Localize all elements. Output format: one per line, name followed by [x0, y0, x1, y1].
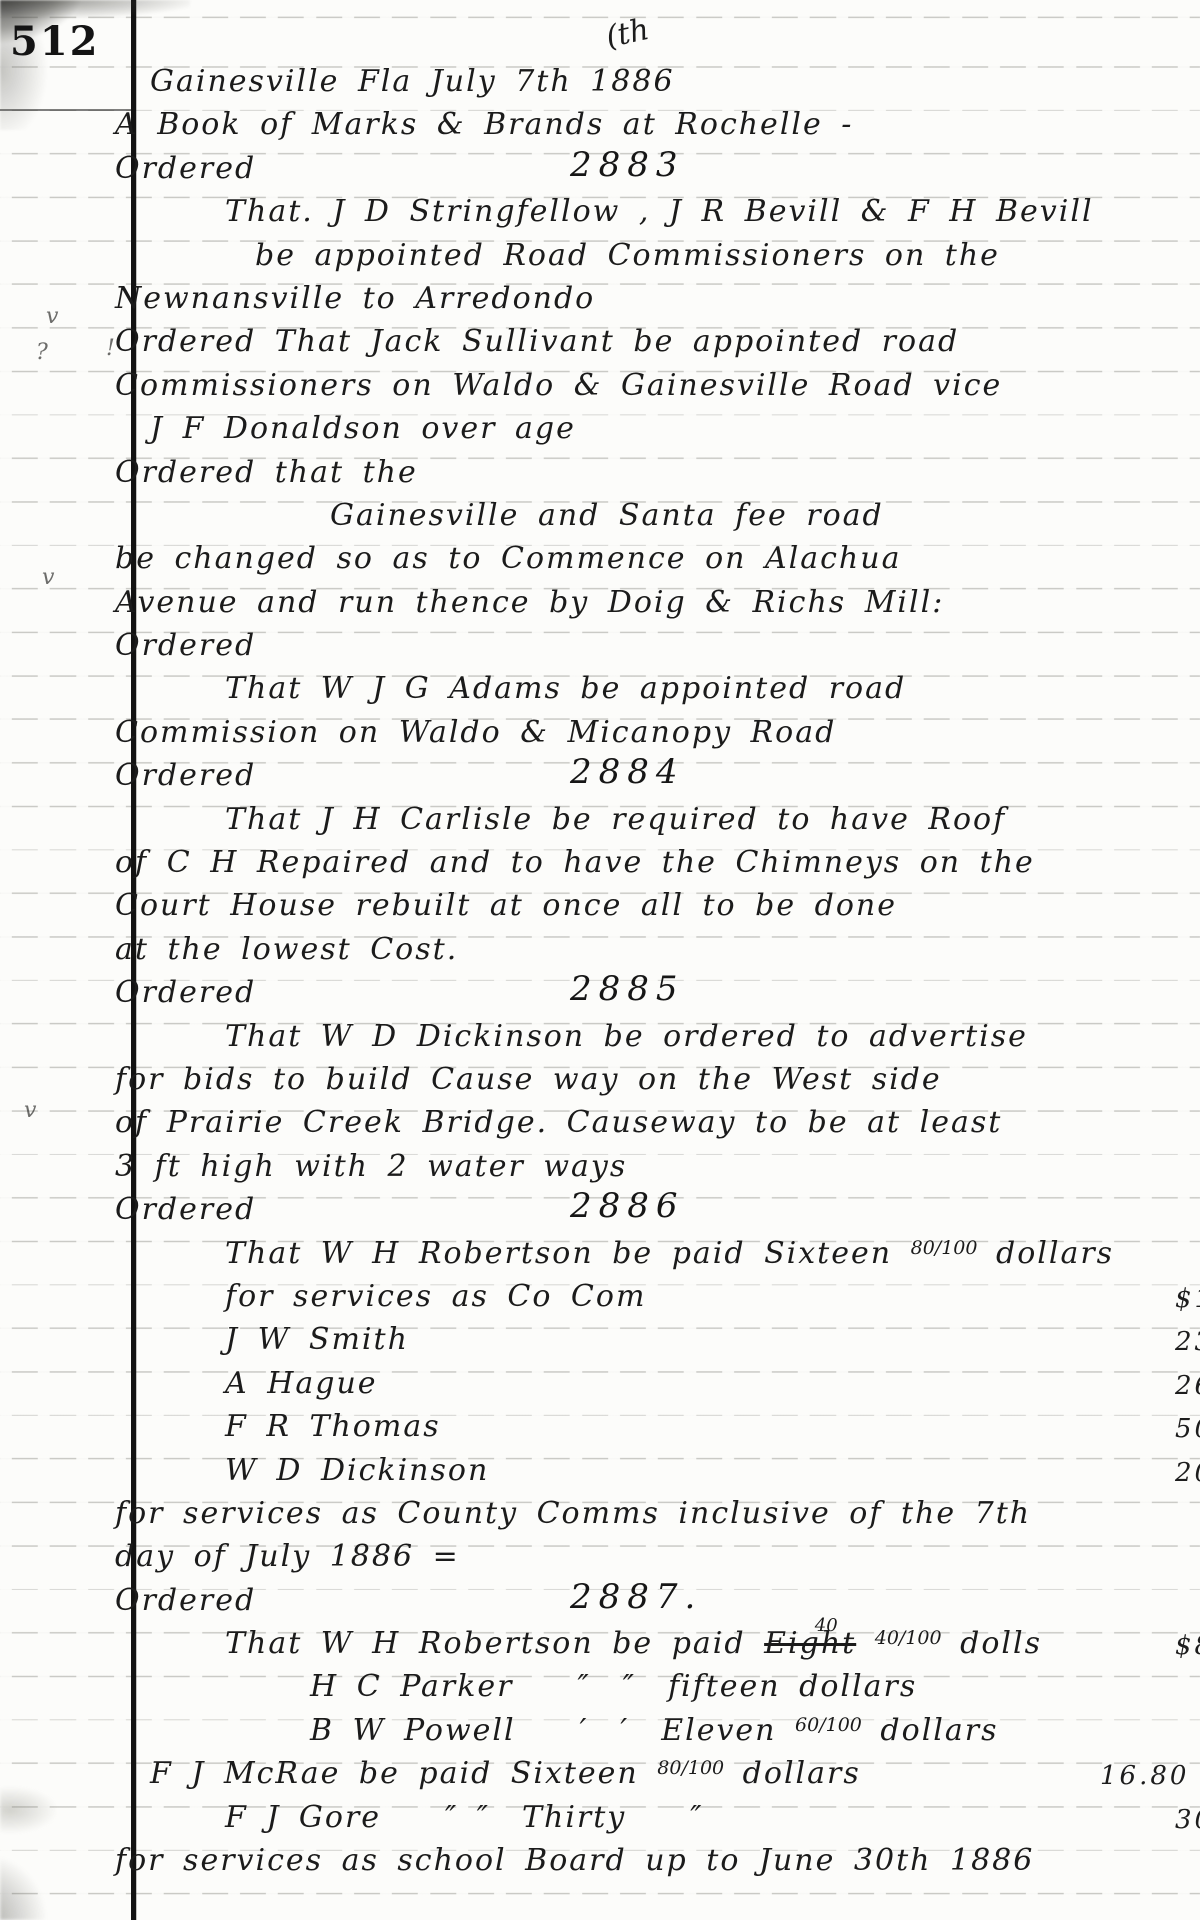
- line-text: F J McRae be paid Sixteen 80/100 dollars: [150, 1754, 861, 1797]
- handwritten-line: for bids to build Cause way on the West …: [115, 1060, 1200, 1103]
- handwritten-line: That J H Carlisle be required to have Ro…: [225, 800, 1200, 843]
- entry-number: 2885: [570, 969, 685, 1009]
- margin-pencil-mark: ?: [36, 340, 48, 365]
- entry-number: 2884: [570, 752, 685, 792]
- line-text: for services as County Comms inclusive o…: [115, 1494, 1031, 1534]
- handwritten-line: That W H Robertson be paid Eight40 40/10…: [225, 1624, 1200, 1667]
- line-text: A Book of Marks & Brands at Rochelle -: [115, 105, 853, 145]
- handwritten-line: That W J G Adams be appointed road: [225, 669, 1200, 712]
- handwritten-line: Ordered That Jack Sullivant be appointed…: [115, 322, 1200, 365]
- amount-value: $8.40: [1175, 1626, 1200, 1666]
- line-text: Ordered: [115, 1190, 256, 1230]
- line-text: Avenue and run thence by Doig & Richs Mi…: [115, 583, 944, 623]
- line-text: at the lowest Cost.: [115, 930, 458, 970]
- line-text: H C Parker ″ ″ fifteen dollars: [310, 1667, 917, 1707]
- handwritten-line: Ordered2887.: [115, 1581, 1200, 1624]
- handwritten-line: F R Thomas50. 00: [225, 1407, 1200, 1450]
- handwritten-line: That. J D Stringfellow , J R Bevill & F …: [225, 192, 1200, 235]
- line-text: Newnansville to Arredondo: [115, 279, 595, 319]
- handwritten-line: F J McRae be paid Sixteen 80/100 dollars…: [150, 1754, 1200, 1797]
- line-text: be changed so as to Commence on Alachua: [115, 539, 901, 579]
- line-text: J F Donaldson over age: [150, 409, 576, 449]
- amount-value: 16.80: [1100, 1756, 1189, 1796]
- handwritten-line: for services as Co Com$16.18: [225, 1277, 1200, 1320]
- handwritten-line: for services as school Board up to June …: [115, 1841, 1200, 1884]
- handwritten-line: Ordered2885: [115, 973, 1200, 1016]
- handwritten-line: 3 ft high with 2 water ways: [115, 1147, 1200, 1190]
- handwritten-line: Ordered2883: [115, 149, 1200, 192]
- handwritten-line: Gainesville and Santa fee road: [330, 496, 1200, 539]
- line-text: That. J D Stringfellow , J R Bevill & F …: [225, 192, 1094, 232]
- handwritten-line: That W D Dickinson be ordered to adverti…: [225, 1017, 1200, 1060]
- line-text: That J H Carlisle be required to have Ro…: [225, 800, 1006, 840]
- handwritten-line: W D Dickinson20 00: [225, 1451, 1200, 1494]
- line-text: for services as school Board up to June …: [115, 1841, 1034, 1881]
- line-text: A Hague: [225, 1364, 378, 1404]
- margin-pencil-mark: v: [24, 1098, 36, 1123]
- line-text: Commissioners on Waldo & Gainesville Roa…: [115, 366, 1002, 406]
- line-text: F R Thomas: [225, 1407, 441, 1447]
- handwritten-line: Commission on Waldo & Micanopy Road: [115, 713, 1200, 756]
- handwritten-line: H C Parker ″ ″ fifteen dollars15.00: [310, 1667, 1200, 1710]
- ledger-page: 512 (th Gainesville Fla July 7th 1886A B…: [0, 0, 1200, 1920]
- line-text: Gainesville Fla July 7th 1886: [150, 62, 675, 102]
- line-text: J W Smith: [225, 1320, 409, 1360]
- handwritten-line: be appointed Road Commissioners on the: [255, 236, 1200, 279]
- amount-value: 50. 00: [1175, 1409, 1200, 1449]
- line-text: for services as Co Com: [225, 1277, 646, 1317]
- line-text: Ordered: [115, 626, 256, 666]
- handwritten-line: be changed so as to Commence on Alachua: [115, 539, 1200, 582]
- line-text: That W J G Adams be appointed road: [225, 669, 906, 709]
- handwritten-line: J W Smith23 20: [225, 1320, 1200, 1363]
- amount-value: 23 20: [1175, 1322, 1200, 1362]
- entry-number: 2886: [570, 1186, 685, 1226]
- entry-number: 2883: [570, 145, 685, 185]
- handwritten-line: J F Donaldson over age: [150, 409, 1200, 452]
- line-text: Ordered That Jack Sullivant be appointed…: [115, 322, 959, 362]
- line-text: W D Dickinson: [225, 1451, 489, 1491]
- line-text: Ordered that the: [115, 453, 418, 493]
- margin-pencil-mark: v: [46, 304, 58, 329]
- handwritten-line: Ordered: [115, 626, 1200, 669]
- line-text: day of July 1886 =: [115, 1537, 460, 1577]
- line-text: That W H Robertson be paid Eight40 40/10…: [225, 1624, 1042, 1667]
- page-number: 512: [10, 18, 100, 65]
- manuscript: Gainesville Fla July 7th 1886A Book of M…: [150, 0, 1200, 1884]
- line-text: Court House rebuilt at once all to be do…: [115, 886, 897, 926]
- handwritten-line: B W Powell ′ ′ Eleven 60/100 dollars11 6…: [310, 1711, 1200, 1754]
- handwritten-line: Commissioners on Waldo & Gainesville Roa…: [115, 366, 1200, 409]
- handwritten-line: Ordered2884: [115, 756, 1200, 799]
- line-text: That W D Dickinson be ordered to adverti…: [225, 1017, 1028, 1057]
- line-text: Ordered: [115, 756, 256, 796]
- line-text: of C H Repaired and to have the Chimneys…: [115, 843, 1035, 883]
- line-text: 3 ft high with 2 water ways: [115, 1147, 627, 1187]
- handwritten-line: Ordered that the: [115, 453, 1200, 496]
- handwritten-line: of C H Repaired and to have the Chimneys…: [115, 843, 1200, 886]
- margin-pencil-mark: !: [106, 336, 115, 361]
- line-text: of Prairie Creek Bridge. Causeway to be …: [115, 1103, 1002, 1143]
- handwritten-line: A Book of Marks & Brands at Rochelle -: [115, 105, 1200, 148]
- page-number-cell-line: [0, 109, 131, 111]
- handwritten-line: A Hague26 20: [225, 1364, 1200, 1407]
- line-text: Gainesville and Santa fee road: [330, 496, 884, 536]
- handwritten-line: of Prairie Creek Bridge. Causeway to be …: [115, 1103, 1200, 1146]
- handwritten-line: That W H Robertson be paid Sixteen 80/10…: [225, 1234, 1200, 1277]
- line-text: That W H Robertson be paid Sixteen 80/10…: [225, 1234, 1114, 1277]
- handwritten-line: Gainesville Fla July 7th 1886: [150, 62, 1200, 105]
- line-text: for bids to build Cause way on the West …: [115, 1060, 942, 1100]
- line-text: Ordered: [115, 1581, 256, 1621]
- handwritten-line: Ordered2886: [115, 1190, 1200, 1233]
- amount-value: 30.00: [1175, 1800, 1200, 1840]
- handwritten-line: at the lowest Cost.: [115, 930, 1200, 973]
- handwritten-line: Newnansville to Arredondo: [115, 279, 1200, 322]
- line-text: Commission on Waldo & Micanopy Road: [115, 713, 836, 753]
- line-text: Ordered: [115, 973, 256, 1013]
- handwritten-line: day of July 1886 =: [115, 1537, 1200, 1580]
- line-text: B W Powell ′ ′ Eleven 60/100 dollars: [310, 1711, 999, 1754]
- line-text: Ordered: [115, 149, 256, 189]
- amount-value: $16.18: [1175, 1279, 1200, 1319]
- correction-above: 40: [815, 1606, 838, 1646]
- entry-number: 2887.: [570, 1577, 702, 1617]
- amount-value: 26 20: [1175, 1366, 1200, 1406]
- struck-word: Eight40: [764, 1626, 856, 1661]
- margin-pencil-mark: v: [42, 565, 54, 590]
- handwritten-line: for services as County Comms inclusive o…: [115, 1494, 1200, 1537]
- amount-value: 20 00: [1175, 1453, 1200, 1493]
- line-text: F J Gore ″ ″ Thirty ″: [225, 1798, 703, 1838]
- handwritten-line: F J Gore ″ ″ Thirty ″30.00: [225, 1798, 1200, 1841]
- line-text: be appointed Road Commissioners on the: [255, 236, 1000, 276]
- handwritten-line: Avenue and run thence by Doig & Richs Mi…: [115, 583, 1200, 626]
- handwritten-line: Court House rebuilt at once all to be do…: [115, 886, 1200, 929]
